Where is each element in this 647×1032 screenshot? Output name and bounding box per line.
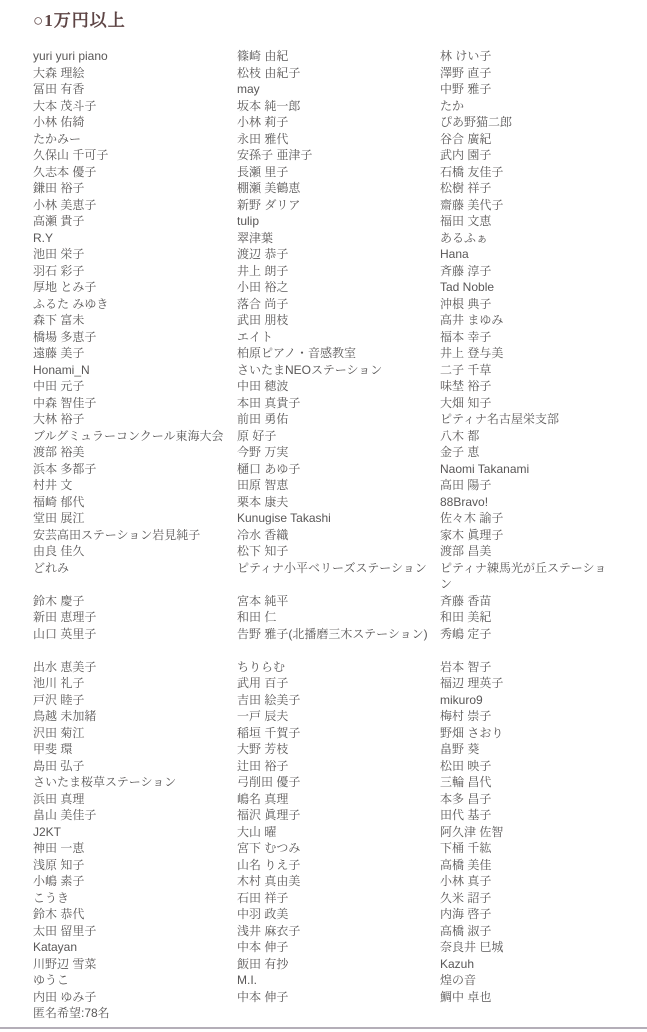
donor-name: 宮本 純平 — [237, 593, 440, 610]
donor-row: 甲斐 環大野 芳枝畠野 葵 — [33, 741, 621, 758]
donor-name: 井上 登与美 — [440, 345, 621, 362]
donor-name: 武用 百子 — [237, 675, 440, 692]
donor-name: 栗本 康夫 — [237, 494, 440, 511]
donor-row: 小林 佑綺小林 莉子ぴあ野猫二郎 — [33, 114, 621, 131]
donor-name: 高橋 美佳 — [440, 857, 621, 874]
donor-name: どれみ — [33, 560, 237, 593]
donor-row: 浜田 真理嶋名 真理本多 昌子 — [33, 791, 621, 808]
bottom-divider — [0, 1027, 647, 1029]
donor-row: たかみー永田 雅代谷合 廣紀 — [33, 131, 621, 148]
donor-name: Tad Noble — [440, 279, 621, 296]
donor-row: 渡部 裕美今野 万実金子 恵 — [33, 444, 621, 461]
donor-row: 遠藤 美子柏原ピアノ・音感教室井上 登与美 — [33, 345, 621, 362]
donor-name: ピティナ小平ベリーズステーション — [237, 560, 440, 593]
donor-name: 今野 万実 — [237, 444, 440, 461]
donor-name: 高田 陽子 — [440, 477, 621, 494]
donor-row: 島田 弘子辻田 裕子松田 映子 — [33, 758, 621, 775]
donor-name: 浜田 真理 — [33, 791, 237, 808]
donor-name: 内海 啓子 — [440, 906, 621, 923]
donor-name: 福田 文恵 — [440, 213, 621, 230]
donor-name: 翠津葉 — [237, 230, 440, 247]
donor-name: さいたまNEOステーション — [237, 362, 440, 379]
donor-name: ちりらむ — [237, 659, 440, 676]
donor-row: 神田 一恵宮下 むつみ下桶 千紘 — [33, 840, 621, 857]
donor-name: 味埜 裕子 — [440, 378, 621, 395]
donor-name: 安芸高田ステーション岩見純子 — [33, 527, 237, 544]
donor-name: 遠藤 美子 — [33, 345, 237, 362]
donor-row: 沢田 菊江稲垣 千賀子野畑 さおり — [33, 725, 621, 742]
donor-row: 森下 富未武田 朋枝高井 まゆみ — [33, 312, 621, 329]
donor-name: 大畑 知子 — [440, 395, 621, 412]
donor-name: ぴあ野猫二郎 — [440, 114, 621, 131]
donor-name: 厚地 とみ子 — [33, 279, 237, 296]
donor-name: 柏原ピアノ・音感教室 — [237, 345, 440, 362]
donor-row: ゆうこM.I.煌の音 — [33, 972, 621, 989]
donor-name: 畠山 美佳子 — [33, 807, 237, 824]
donor-name: 小田 裕之 — [237, 279, 440, 296]
donor-row: 浜本 多都子樋口 あゆ子Naomi Takanami — [33, 461, 621, 478]
donor-name: 鎌田 裕子 — [33, 180, 237, 197]
donor-name: 小林 莉子 — [237, 114, 440, 131]
donor-name: Naomi Takanami — [440, 461, 621, 478]
donor-row: 川野辺 雪菜飯田 有抄Kazuh — [33, 956, 621, 973]
donor-name: 中本 伸子 — [237, 939, 440, 956]
donor-name: 下桶 千紘 — [440, 840, 621, 857]
donor-name: 本田 真貴子 — [237, 395, 440, 412]
section-title: ○1万円以上 — [33, 10, 621, 32]
donor-name: 秀嶋 定子 — [440, 626, 621, 643]
donor-name: 小林 佑綺 — [33, 114, 237, 131]
donor-name: R.Y — [33, 230, 237, 247]
donor-row: 鈴木 恭代中羽 政美内海 啓子 — [33, 906, 621, 923]
donor-name: 武内 園子 — [440, 147, 621, 164]
donor-name: 松樹 祥子 — [440, 180, 621, 197]
donor-name: 安孫子 亜津子 — [237, 147, 440, 164]
donor-name: こうき — [33, 890, 237, 907]
donor-name: 篠崎 由紀 — [237, 48, 440, 65]
donor-name: 福沢 眞理子 — [237, 807, 440, 824]
donor-row: 大森 理絵松枝 由紀子澤野 直子 — [33, 65, 621, 82]
donor-row: Katayan中本 伸子奈良井 巳城 — [33, 939, 621, 956]
donor-name: 鈴木 慶子 — [33, 593, 237, 610]
donor-name: 永田 雅代 — [237, 131, 440, 148]
donor-name: 大森 理絵 — [33, 65, 237, 82]
donor-row: 厚地 とみ子小田 裕之Tad Noble — [33, 279, 621, 296]
donor-name: 中森 智佳子 — [33, 395, 237, 412]
donor-name: 池田 栄子 — [33, 246, 237, 263]
donor-name: 池川 礼子 — [33, 675, 237, 692]
donor-row: 池川 礼子武用 百子福辺 理英子 — [33, 675, 621, 692]
donor-name: 冷水 香織 — [237, 527, 440, 544]
donor-name: 由良 佳久 — [33, 543, 237, 560]
donor-name: 石橋 友佳子 — [440, 164, 621, 181]
donor-name: たか — [440, 98, 621, 115]
donor-row: 太田 留里子浅井 麻衣子高橋 淑子 — [33, 923, 621, 940]
donor-name: 林 けい子 — [440, 48, 621, 65]
donor-name: 斉藤 淳子 — [440, 263, 621, 280]
donor-name: 冨田 有香 — [33, 81, 237, 98]
donor-name: 山名 りえ子 — [237, 857, 440, 874]
donor-name: 福辺 理英子 — [440, 675, 621, 692]
donor-name: 鳥越 未加緒 — [33, 708, 237, 725]
donor-name: 田原 智恵 — [237, 477, 440, 494]
donor-name: 奈良井 巳城 — [440, 939, 621, 956]
donor-row: yuri yuri piano篠崎 由紀林 けい子 — [33, 48, 621, 65]
donor-name: 松田 映子 — [440, 758, 621, 775]
donor-name: may — [237, 81, 440, 98]
donor-row: 内田 ゆみ子中本 伸子鯛中 卓也 — [33, 989, 621, 1006]
donor-name: 沖根 典子 — [440, 296, 621, 313]
donor-name: 渡辺 恭子 — [237, 246, 440, 263]
donor-name: Kazuh — [440, 956, 621, 973]
donor-name: 阿久津 佐智 — [440, 824, 621, 841]
donor-name: 嶋名 真理 — [237, 791, 440, 808]
donor-name: 松枝 由紀子 — [237, 65, 440, 82]
donor-row: 安芸高田ステーション岩見純子冷水 香織家木 眞理子 — [33, 527, 621, 544]
donor-name: 野畑 さおり — [440, 725, 621, 742]
donor-name: 福崎 郁代 — [33, 494, 237, 511]
donor-name: 大野 芳枝 — [237, 741, 440, 758]
donor-name: 沢田 菊江 — [33, 725, 237, 742]
donor-name: 出水 恵美子 — [33, 659, 237, 676]
donor-name: 鯛中 卓也 — [440, 989, 621, 1006]
donor-name: 稲垣 千賀子 — [237, 725, 440, 742]
donor-name: 渡部 昌美 — [440, 543, 621, 560]
donor-name: 本多 昌子 — [440, 791, 621, 808]
donor-name: 斉藤 香苗 — [440, 593, 621, 610]
donor-name: 中本 伸子 — [237, 989, 440, 1006]
donor-name: ピティナ練馬光が丘ステーション — [440, 560, 621, 593]
donor-name: 告野 雅子(北播磨三木ステーション) — [237, 626, 440, 643]
donor-name: 川野辺 雪菜 — [33, 956, 237, 973]
donor-row: 橋場 多恵子エイト福本 幸子 — [33, 329, 621, 346]
donor-name: 谷合 廣紀 — [440, 131, 621, 148]
donor-row: ふるた みゆき落合 尚子沖根 典子 — [33, 296, 621, 313]
donor-name: 坂本 純一郎 — [237, 98, 440, 115]
donor-row: 山口 英里子告野 雅子(北播磨三木ステーション)秀嶋 定子 — [33, 626, 621, 643]
donor-name: 中田 穂波 — [237, 378, 440, 395]
donor-row: 中田 元子中田 穂波味埜 裕子 — [33, 378, 621, 395]
donor-row: ブルグミュラーコンクール東海大会原 好子八木 都 — [33, 428, 621, 445]
donor-acknowledgment-section: ○1万円以上 yuri yuri piano篠崎 由紀林 けい子大森 理絵松枝 … — [0, 0, 647, 1032]
donor-row: Honami_NさいたまNEOステーション二子 千草 — [33, 362, 621, 379]
donor-row: 新田 恵理子和田 仁和田 美紀 — [33, 609, 621, 626]
donor-name: 家木 眞理子 — [440, 527, 621, 544]
donor-name: 山口 英里子 — [33, 626, 237, 643]
donor-name: 金子 恵 — [440, 444, 621, 461]
donor-row: 堂田 展江Kunugise Takashi佐々木 諭子 — [33, 510, 621, 527]
donor-name: 羽石 彩子 — [33, 263, 237, 280]
donor-name: 中野 雅子 — [440, 81, 621, 98]
donor-name: 浜本 多都子 — [33, 461, 237, 478]
donor-name: tulip — [237, 213, 440, 230]
donor-name: 吉田 絵美子 — [237, 692, 440, 709]
donor-name: 宮下 むつみ — [237, 840, 440, 857]
donor-row: 畠山 美佳子福沢 眞理子田代 基子 — [33, 807, 621, 824]
donor-name: ふるた みゆき — [33, 296, 237, 313]
donor-name: 福本 幸子 — [440, 329, 621, 346]
donor-row: 村井 文田原 智恵高田 陽子 — [33, 477, 621, 494]
donor-name: あるふぁ — [440, 230, 621, 247]
donor-name: 久志本 優子 — [33, 164, 237, 181]
donor-row: こうき石田 祥子久米 詔子 — [33, 890, 621, 907]
donor-name: さいたま桜草ステーション — [33, 774, 237, 791]
donor-name: 高橋 淑子 — [440, 923, 621, 940]
anonymous-count-note: 匿名希望:78名 — [33, 1005, 621, 1022]
donor-row: R.Y翠津葉あるふぁ — [33, 230, 621, 247]
donor-name: 堂田 展江 — [33, 510, 237, 527]
donor-name: 三輪 昌代 — [440, 774, 621, 791]
donor-name: 神田 一恵 — [33, 840, 237, 857]
donor-row: 福崎 郁代栗本 康夫88Bravo! — [33, 494, 621, 511]
donor-name: Honami_N — [33, 362, 237, 379]
donor-row: 小林 美恵子新野 ダリア齋藤 美代子 — [33, 197, 621, 214]
donor-name: 前田 勇佑 — [237, 411, 440, 428]
donor-name: 一戸 辰夫 — [237, 708, 440, 725]
donor-name: 井上 朗子 — [237, 263, 440, 280]
donor-row: 冨田 有香may中野 雅子 — [33, 81, 621, 98]
donor-name: 樋口 あゆ子 — [237, 461, 440, 478]
donor-name: 飯田 有抄 — [237, 956, 440, 973]
donor-name: 辻田 裕子 — [237, 758, 440, 775]
donor-name: 久米 詔子 — [440, 890, 621, 907]
donor-name: 弓削田 優子 — [237, 774, 440, 791]
donor-name: 88Bravo! — [440, 494, 621, 511]
donor-name: 小林 美恵子 — [33, 197, 237, 214]
donor-row: 羽石 彩子井上 朗子斉藤 淳子 — [33, 263, 621, 280]
donor-row: 鳥越 未加緒一戸 辰夫梅村 崇子 — [33, 708, 621, 725]
donor-row: さいたま桜草ステーション弓削田 優子三輪 昌代 — [33, 774, 621, 791]
donor-name: 橋場 多恵子 — [33, 329, 237, 346]
donor-name: 棚瀬 美鶴恵 — [237, 180, 440, 197]
donor-name: 田代 基子 — [440, 807, 621, 824]
donor-name: 久保山 千可子 — [33, 147, 237, 164]
donor-name: 岩本 智子 — [440, 659, 621, 676]
donor-name: J2KT — [33, 824, 237, 841]
donor-name: 和田 仁 — [237, 609, 440, 626]
donor-name: 齋藤 美代子 — [440, 197, 621, 214]
donor-name: 中田 元子 — [33, 378, 237, 395]
donor-row: 池田 栄子渡辺 恭子Hana — [33, 246, 621, 263]
donor-name: 甲斐 環 — [33, 741, 237, 758]
donor-name: 浅井 麻衣子 — [237, 923, 440, 940]
donor-name: 松下 知子 — [237, 543, 440, 560]
donor-name: 長瀬 里子 — [237, 164, 440, 181]
donor-name: 渡部 裕美 — [33, 444, 237, 461]
donor-name: 鈴木 恭代 — [33, 906, 237, 923]
donor-row: 鎌田 裕子棚瀬 美鶴恵松樹 祥子 — [33, 180, 621, 197]
donor-name: 武田 朋枝 — [237, 312, 440, 329]
donor-name: 島田 弘子 — [33, 758, 237, 775]
donor-row: 鈴木 慶子宮本 純平斉藤 香苗 — [33, 593, 621, 610]
donor-row: 久保山 千可子安孫子 亜津子武内 園子 — [33, 147, 621, 164]
donor-name: 小林 真子 — [440, 873, 621, 890]
donor-name: 浅原 知子 — [33, 857, 237, 874]
donor-name: ピティナ名古屋栄支部 — [440, 411, 621, 428]
donor-name: 落合 尚子 — [237, 296, 440, 313]
donor-name: Kunugise Takashi — [237, 510, 440, 527]
donor-name: 梅村 崇子 — [440, 708, 621, 725]
donor-name: 澤野 直子 — [440, 65, 621, 82]
donor-name: 佐々木 諭子 — [440, 510, 621, 527]
donor-name: 大本 茂斗子 — [33, 98, 237, 115]
donor-name: 二子 千草 — [440, 362, 621, 379]
donor-row: 浅原 知子山名 りえ子高橋 美佳 — [33, 857, 621, 874]
donor-row: 大本 茂斗子坂本 純一郎たか — [33, 98, 621, 115]
donor-name: 村井 文 — [33, 477, 237, 494]
donor-name: ブルグミュラーコンクール東海大会 — [33, 428, 237, 445]
donor-row: 出水 恵美子ちりらむ岩本 智子 — [33, 659, 621, 676]
donor-row: 戸沢 睦子吉田 絵美子mikuro9 — [33, 692, 621, 709]
donor-row: 高瀬 貴子tulip福田 文恵 — [33, 213, 621, 230]
donor-row: 中森 智佳子本田 真貴子大畑 知子 — [33, 395, 621, 412]
donor-name: 新田 恵理子 — [33, 609, 237, 626]
donor-name: 石田 祥子 — [237, 890, 440, 907]
donor-name: 畠野 葵 — [440, 741, 621, 758]
donor-name: 高瀬 貴子 — [33, 213, 237, 230]
donor-row: 小嶋 素子木村 真由美小林 真子 — [33, 873, 621, 890]
donor-name: 内田 ゆみ子 — [33, 989, 237, 1006]
donor-name: mikuro9 — [440, 692, 621, 709]
donor-row: J2KT大山 曜阿久津 佐智 — [33, 824, 621, 841]
donor-name: 原 好子 — [237, 428, 440, 445]
donor-name: yuri yuri piano — [33, 48, 237, 65]
donor-name: Katayan — [33, 939, 237, 956]
donor-name: 戸沢 睦子 — [33, 692, 237, 709]
donor-list: yuri yuri piano篠崎 由紀林 けい子大森 理絵松枝 由紀子澤野 直… — [33, 48, 621, 1005]
donor-name: 大山 曜 — [237, 824, 440, 841]
donor-name: たかみー — [33, 131, 237, 148]
donor-name: 大林 裕子 — [33, 411, 237, 428]
donor-name: ゆうこ — [33, 972, 237, 989]
donor-name: Hana — [440, 246, 621, 263]
donor-row: どれみピティナ小平ベリーズステーションピティナ練馬光が丘ステーション — [33, 560, 621, 593]
donor-name: 新野 ダリア — [237, 197, 440, 214]
donor-name: 木村 真由美 — [237, 873, 440, 890]
donor-name: 高井 まゆみ — [440, 312, 621, 329]
donor-row: 由良 佳久松下 知子渡部 昌美 — [33, 543, 621, 560]
donor-name: エイト — [237, 329, 440, 346]
donor-name: M.I. — [237, 972, 440, 989]
donor-name: 八木 都 — [440, 428, 621, 445]
donor-name: 小嶋 素子 — [33, 873, 237, 890]
donor-row: 久志本 優子長瀬 里子石橋 友佳子 — [33, 164, 621, 181]
donor-name: 森下 富未 — [33, 312, 237, 329]
donor-name: 煌の音 — [440, 972, 621, 989]
donor-name: 太田 留里子 — [33, 923, 237, 940]
donor-name: 和田 美紀 — [440, 609, 621, 626]
donor-row: 大林 裕子前田 勇佑ピティナ名古屋栄支部 — [33, 411, 621, 428]
donor-name: 中羽 政美 — [237, 906, 440, 923]
